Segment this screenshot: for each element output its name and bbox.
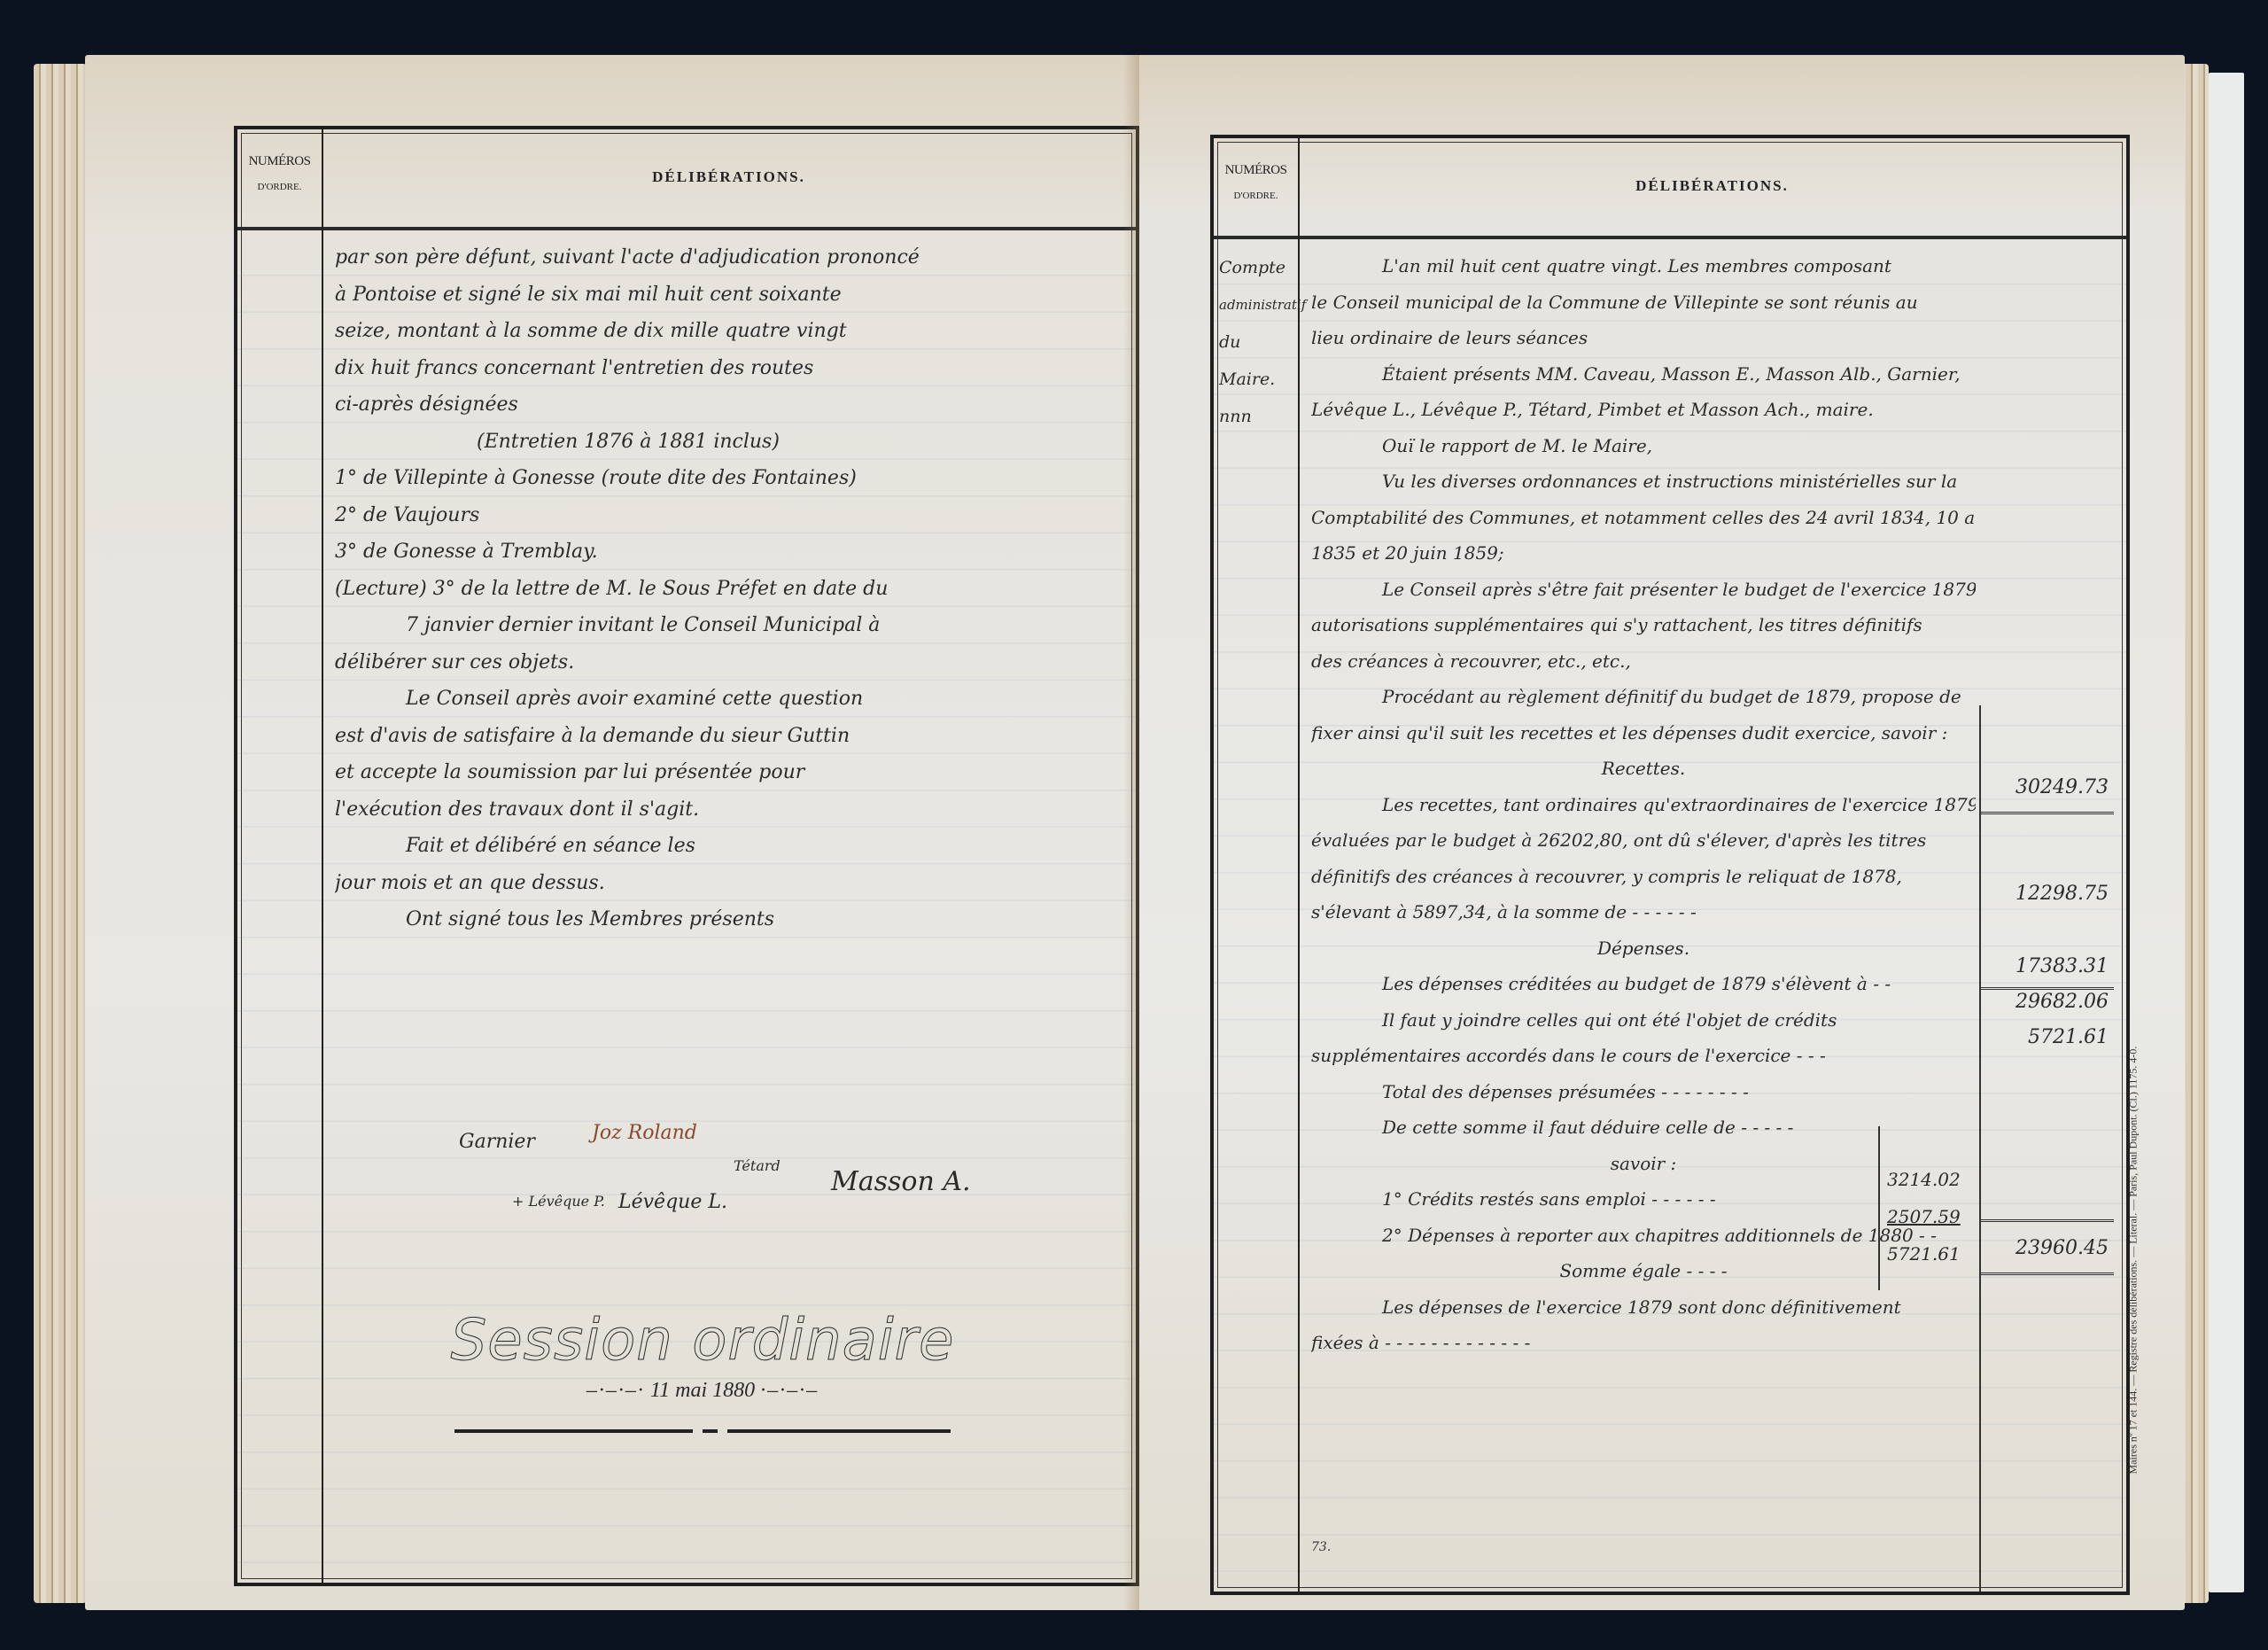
text-line: et accepte la soumission par lui présent… [335, 754, 1125, 791]
amount-rule [1981, 812, 2114, 814]
amount-rule [1981, 987, 2114, 990]
text-line: 3° de Gonesse à Tremblay. [335, 533, 1125, 571]
column-divider [322, 227, 323, 1583]
text-line: s'élevant à 5897,34, à la somme de - - -… [1311, 894, 1976, 930]
text-line: Ont signé tous les Membres présents [335, 901, 1125, 938]
text-line: Fait et délibéré en séance les [335, 828, 1125, 865]
text-line: jour mois et an que dessus. [335, 865, 1125, 902]
signature: Garnier [459, 1131, 535, 1153]
text-line: évaluées par le budget à 26202,80, ont d… [1311, 822, 1976, 859]
session-title: Session ordinaire [415, 1308, 990, 1374]
left-page-edges [34, 64, 87, 1603]
left-page: NUMÉROS D'ORDRE. DÉLIBÉRATIONS. par son … [85, 55, 1139, 1610]
text-line: Comptabilité des Communes, et notamment … [1311, 500, 1976, 536]
header-numeros: NUMÉROS [1214, 163, 1298, 178]
text-line: 1° Crédits restés sans emploi - - - - - … [1311, 1181, 1976, 1218]
text-line: l'exécution des travaux dont il s'agit. [335, 791, 1125, 829]
order-number-header: NUMÉROS D'ORDRE. [1214, 138, 1300, 236]
text-line: 1° de Villepinte à Gonesse (route dite d… [335, 460, 1125, 497]
signature: Tétard [734, 1157, 781, 1174]
session-date-line: –·–·–· 11 mai 1880 ·–·–·– [415, 1379, 990, 1403]
header-deliberations: DÉLIBÉRATIONS. [1298, 177, 2126, 195]
text-line: Vu les diverses ordonnances et instructi… [1311, 463, 1976, 500]
text-line: 7 janvier dernier invitant le Conseil Mu… [335, 607, 1125, 644]
header-numeros: NUMÉROS [237, 154, 322, 169]
amounts-column: 30249.73 12298.75 17383.31 29682.06 5721… [1979, 705, 2114, 1592]
margin-note-line: nnn [1219, 398, 1295, 435]
text-line: Le Conseil après avoir examiné cette que… [335, 681, 1125, 718]
text-line: Ouï le rapport de M. le Maire, [1311, 428, 1976, 464]
text-line: dix huit francs concernant l'entretien d… [335, 350, 1125, 387]
amount-total-presumees: 29682.06 [1984, 991, 2109, 1013]
margin-note-compte-administratif: Compte administratif du Maire. nnn [1219, 249, 1295, 435]
text-line: (Lecture) 3° de la lettre de M. le Sous … [335, 571, 1125, 608]
sub-amounts-column: 3214.02 2507.59 5721.61 [1878, 1126, 1979, 1290]
right-page: NUMÉROS D'ORDRE. DÉLIBÉRATIONS. Compte a… [1139, 55, 2185, 1610]
text-line: Le Conseil après s'être fait présenter l… [1311, 572, 1976, 608]
amount-somme-egale: 5721.61 [1887, 1243, 1961, 1265]
amount-depenses-budget: 12298.75 [1984, 883, 2109, 905]
text-line: 2° de Vaujours [335, 497, 1125, 534]
left-page-text: par son père défunt, suivant l'acte d'ad… [335, 239, 1125, 938]
session-heading: Session ordinaire –·–·–· 11 mai 1880 ·–·… [415, 1308, 990, 1433]
right-page-text: L'an mil huit cent quatre vingt. Les mem… [1311, 248, 1976, 1361]
right-table-header: NUMÉROS D'ORDRE. DÉLIBÉRATIONS. [1214, 138, 2126, 239]
text-line: Procédant au règlement définitif du budg… [1311, 679, 1976, 715]
text-line: Les dépenses de l'exercice 1879 sont don… [1311, 1289, 1976, 1326]
text-line: (Entretien 1876 à 1881 inclus) [335, 424, 1125, 461]
amount-rule [1981, 1273, 2114, 1275]
text-line: Les dépenses créditées au budget de 1879… [1311, 966, 1976, 1002]
text-line: délibérer sur ces objets. [335, 644, 1125, 681]
text-line: seize, montant à la somme de dix mille q… [335, 313, 1125, 350]
text-line: De cette somme il faut déduire celle de … [1311, 1109, 1976, 1146]
amount-recettes-total: 30249.73 [1984, 776, 2109, 798]
left-table-header: NUMÉROS D'ORDRE. DÉLIBÉRATIONS. [237, 129, 1136, 230]
text-line: supplémentaires accordés dans le cours d… [1311, 1038, 1976, 1074]
text-line: Total des dépenses présumées - - - - - -… [1311, 1074, 1976, 1110]
dash-ornament: ·–·–·– [760, 1379, 819, 1402]
text-line: Il faut y joindre celles qui ont été l'o… [1311, 1002, 1976, 1039]
header-deliberations: DÉLIBÉRATIONS. [322, 168, 1136, 186]
section-heading-recettes: Recettes. [1311, 751, 1976, 787]
session-rule [454, 1429, 951, 1433]
dash-ornament: –·–·–· [586, 1379, 645, 1402]
text-line: à Pontoise et signé le six mai mil huit … [335, 276, 1125, 314]
text-line: lieu ordinaire de leurs séances [1311, 320, 1976, 356]
margin-note-line: Compte [1219, 249, 1295, 286]
text-line: Somme égale - - - - [1311, 1253, 1976, 1289]
signatures: Garnier Joz Roland Tétard + Lévêque P. L… [415, 1122, 1035, 1281]
text-line: des créances à recouvrer, etc., etc., [1311, 643, 1976, 680]
text-line: Les recettes, tant ordinaires qu'extraor… [1311, 787, 1976, 823]
margin-note-line: administratif [1219, 286, 1295, 323]
text-line: autorisations supplémentaires qui s'y ra… [1311, 607, 1976, 643]
amount-a-deduire: 5721.61 [1984, 1026, 2109, 1048]
text-line: Étaient présents MM. Caveau, Masson E., … [1311, 356, 1976, 393]
session-date: 11 mai 1880 [650, 1379, 755, 1402]
signature: Masson A. [831, 1166, 971, 1197]
order-number-header: NUMÉROS D'ORDRE. [237, 129, 323, 227]
text-line: 2° Dépenses à reporter aux chapitres add… [1311, 1218, 1976, 1254]
text-line: fixer ainsi qu'il suit les recettes et l… [1311, 715, 1976, 751]
text-line: ci-après désignées [335, 386, 1125, 424]
text-line: L'an mil huit cent quatre vingt. Les mem… [1311, 248, 1976, 284]
text-line: savoir : [1311, 1146, 1976, 1182]
printer-imprint: Maires nº 17 et 144. — Registre des déli… [2124, 941, 2142, 1579]
amount-credits-sans-emploi: 3214.02 [1887, 1169, 1961, 1190]
amount-credits-supplementaires: 17383.31 [1984, 955, 2109, 977]
amount-depenses-a-reporter: 2507.59 [1887, 1206, 1961, 1227]
margin-note-line: du Maire. [1219, 323, 1295, 398]
text-line: 1835 et 20 juin 1859; [1311, 535, 1976, 572]
section-heading-depenses: Dépenses. [1311, 930, 1976, 967]
right-page-frame: NUMÉROS D'ORDRE. DÉLIBÉRATIONS. Compte a… [1210, 135, 2130, 1595]
header-dordre: D'ORDRE. [237, 182, 322, 192]
text-line: Lévêque L., Lévêque P., Tétard, Pimbet e… [1311, 392, 1976, 428]
text-line: le Conseil municipal de la Commune de Vi… [1311, 284, 1976, 321]
page-number: 73. [1311, 1540, 1331, 1554]
text-line: définitifs des créances à recouvrer, y c… [1311, 859, 1976, 895]
column-divider [1298, 236, 1300, 1592]
amount-rule [1981, 1219, 2114, 1222]
right-cover-edge [2209, 73, 2244, 1592]
left-page-frame: NUMÉROS D'ORDRE. DÉLIBÉRATIONS. par son … [234, 126, 1139, 1586]
amount-depenses-fixees: 23960.45 [1984, 1237, 2109, 1259]
text-line: est d'avis de satisfaire à la demande du… [335, 718, 1125, 755]
header-dordre: D'ORDRE. [1214, 191, 1298, 201]
imprint-text: Maires nº 17 et 144. — Registre des déli… [2127, 1047, 2140, 1475]
text-line: par son père défunt, suivant l'acte d'ad… [335, 239, 1125, 276]
text-line: fixées à - - - - - - - - - - - - - [1311, 1325, 1976, 1361]
open-register-book: NUMÉROS D'ORDRE. DÉLIBÉRATIONS. par son … [34, 55, 2244, 1610]
signature: + Lévêque P. [512, 1193, 605, 1210]
signature: Lévêque L. [618, 1191, 727, 1213]
signature: Joz Roland [592, 1122, 697, 1144]
